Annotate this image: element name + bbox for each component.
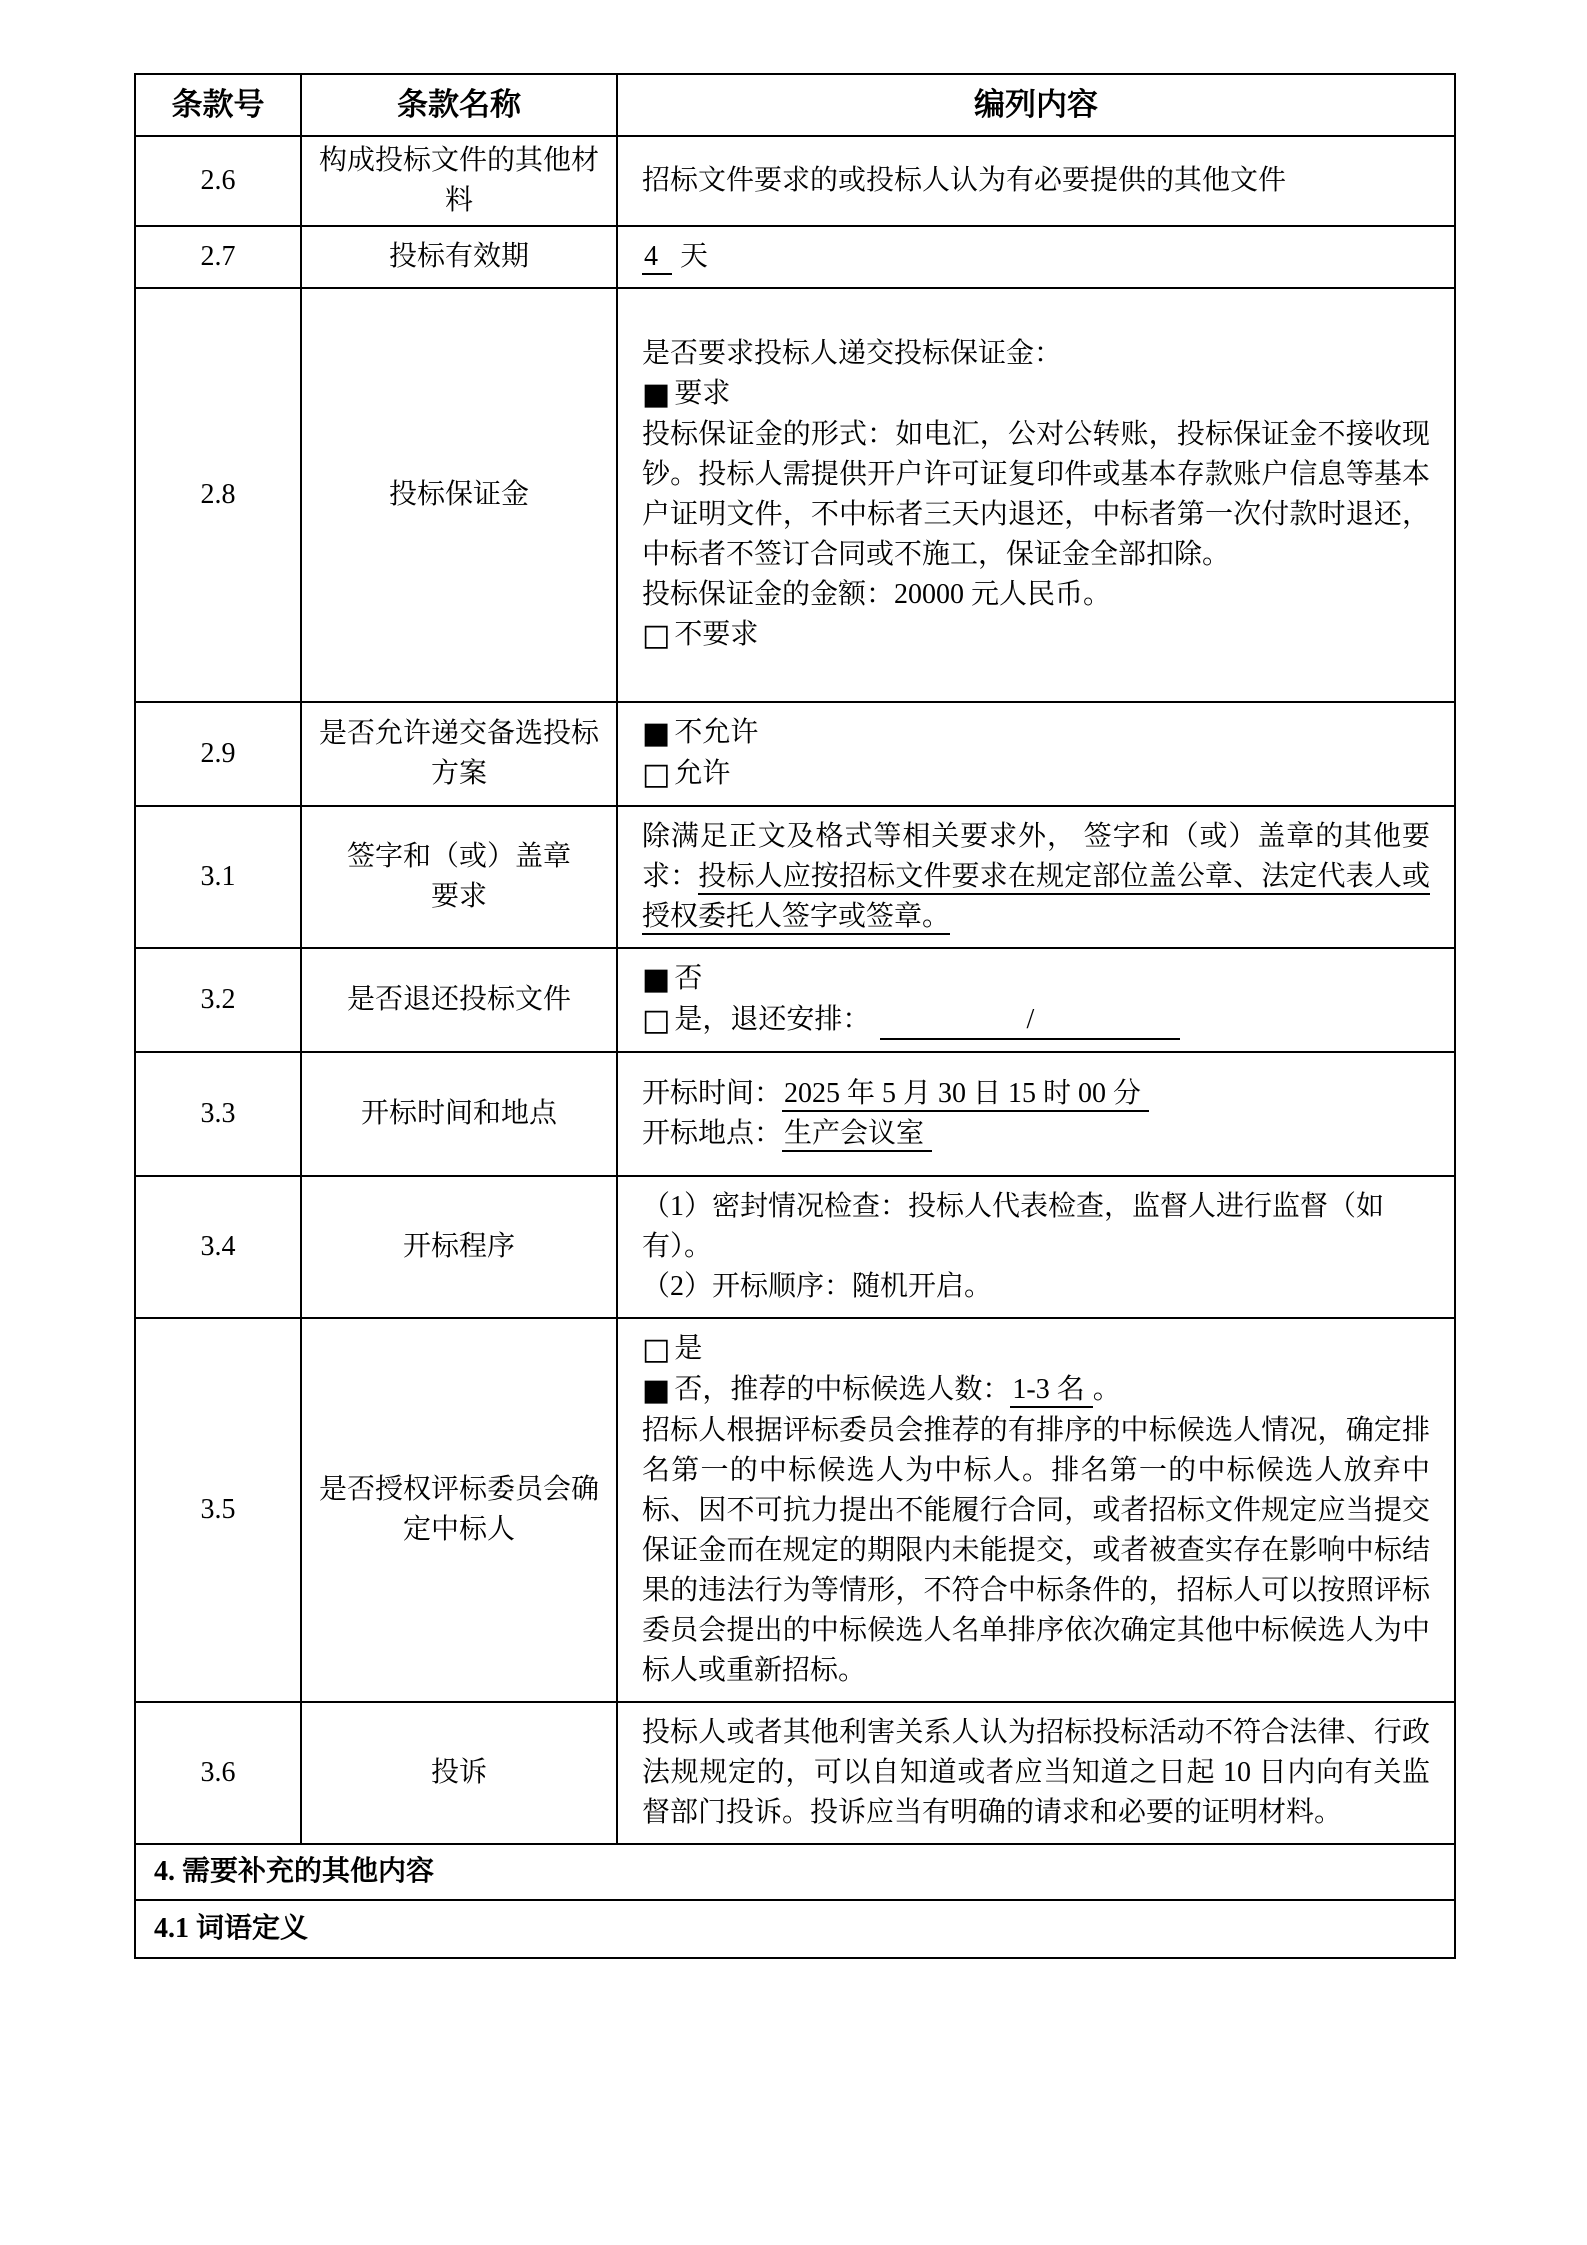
option-tail: 。 (1093, 1374, 1121, 1405)
opening-time-label: 开标时间： (642, 1078, 782, 1109)
clause-name: 投标保证金 (301, 288, 617, 702)
table-row-3-2: 3.2 是否退还投标文件 ■否 □是，退还安排：/ (135, 948, 1455, 1052)
clause-no: 3.3 (135, 1052, 301, 1176)
table-header-row: 条款号 条款名称 编列内容 (135, 74, 1455, 136)
deposit-amount: 投标保证金的金额：20000 元人民币。 (642, 575, 1430, 615)
candidate-count-value: 1-3 名 (1010, 1374, 1092, 1408)
clause-content: 招标文件要求的或投标人认为有必要提供的其他文件 (617, 136, 1455, 226)
option-label: 要求 (674, 378, 730, 409)
table-row-2-6: 2.6 构成投标文件的其他材料 招标文件要求的或投标人认为有必要提供的其他文件 (135, 136, 1455, 226)
checkbox-unchecked-icon: □ (642, 757, 670, 792)
option-no: ■否 (642, 959, 1430, 1000)
clause-name: 签字和（或）盖章 要求 (301, 806, 617, 948)
section-row-word-definitions: 4.1 词语定义 (135, 1900, 1455, 1958)
clause-no: 2.9 (135, 702, 301, 806)
clause-no: 2.8 (135, 288, 301, 702)
clause-name: 开标时间和地点 (301, 1052, 617, 1176)
clause-table: 条款号 条款名称 编列内容 2.6 构成投标文件的其他材料 招标文件要求的或投标… (134, 73, 1456, 1959)
option-label: 允许 (674, 758, 730, 789)
option-yes: □是，退还安排：/ (642, 1000, 1430, 1041)
checkbox-unchecked-icon: □ (642, 1332, 670, 1367)
clause-content: ■否 □是，退还安排：/ (617, 948, 1455, 1052)
clause-no: 3.5 (135, 1318, 301, 1702)
option-label: 是 (674, 1333, 702, 1364)
validity-days-unit: 天 (680, 241, 708, 272)
table-row-2-8: 2.8 投标保证金 是否要求投标人递交投标保证金： ■要求 投标保证金的形式：如… (135, 288, 1455, 702)
clause-no: 2.7 (135, 226, 301, 288)
checkbox-checked-icon: ■ (642, 962, 670, 997)
option-authorize-yes: □是 (642, 1329, 1430, 1370)
award-determination-rules: 招标人根据评标委员会推荐的有排序的中标候选人情况，确定排名第一的中标候选人为中标… (642, 1411, 1430, 1691)
checkbox-checked-icon: ■ (642, 1373, 670, 1408)
procedure-step-1: （1）密封情况检查：投标人代表检查，监督人进行监督（如有）。 (642, 1187, 1430, 1267)
checkbox-unchecked-icon: □ (642, 618, 670, 653)
opening-time-line: 开标时间：2025 年 5 月 30 日 15 时 00 分 (642, 1074, 1430, 1114)
content-text: 招标文件要求的或投标人认为有必要提供的其他文件 (642, 161, 1430, 201)
clause-name: 开标程序 (301, 1176, 617, 1318)
deposit-question: 是否要求投标人递交投标保证金： (642, 334, 1430, 374)
section-title-word-definitions: 4.1 词语定义 (135, 1900, 1455, 1958)
clause-name-line1: 签字和（或）盖章 (347, 841, 571, 872)
opening-place-label: 开标地点： (642, 1118, 782, 1149)
clause-content: 4天 (617, 226, 1455, 288)
option-label: 不允许 (674, 717, 758, 748)
checkbox-checked-icon: ■ (642, 716, 670, 751)
clause-content: 开标时间：2025 年 5 月 30 日 15 时 00 分 开标地点：生产会议… (617, 1052, 1455, 1176)
clause-no: 3.2 (135, 948, 301, 1052)
option-label: 是，退还安排： (674, 1004, 870, 1035)
section-title-supplementary: 4. 需要补充的其他内容 (135, 1844, 1455, 1900)
complaint-rules: 投标人或者其他利害关系人认为招标投标活动不符合法律、行政法规规定的，可以自知道或… (642, 1713, 1430, 1833)
header-content: 编列内容 (617, 74, 1455, 136)
table-row-3-5: 3.5 是否授权评标委员会确定中标人 □是 ■否，推荐的中标候选人数：1-3 名… (135, 1318, 1455, 1702)
clause-content: 投标人或者其他利害关系人认为招标投标活动不符合法律、行政法规规定的，可以自知道或… (617, 1702, 1455, 1844)
table-row-2-9: 2.9 是否允许递交备选投标方案 ■不允许 □允许 (135, 702, 1455, 806)
clause-no: 3.6 (135, 1702, 301, 1844)
header-clause-no: 条款号 (135, 74, 301, 136)
checkbox-unchecked-icon: □ (642, 1003, 670, 1038)
option-label: 不要求 (674, 619, 758, 650)
option-required: ■要求 (642, 374, 1430, 415)
clause-name: 构成投标文件的其他材料 (301, 136, 617, 226)
clause-content: □是 ■否，推荐的中标候选人数：1-3 名。 招标人根据评标委员会推荐的有排序的… (617, 1318, 1455, 1702)
checkbox-checked-icon: ■ (642, 377, 670, 412)
opening-place-line: 开标地点：生产会议室 (642, 1114, 1430, 1154)
clause-content: 除满足正文及格式等相关要求外， 签字和（或）盖章的其他要求：投标人应按招标文件要… (617, 806, 1455, 948)
deposit-terms: 投标保证金的形式：如电汇，公对公转账，投标保证金不接收现钞。投标人需提供开户许可… (642, 415, 1430, 575)
option-label: 否，推荐的中标候选人数： (674, 1374, 1010, 1405)
underlined-requirement: 投标人应按招标文件要求在规定部位盖公章、法定代表人或授权委托人签字或签章。 (642, 861, 1430, 935)
clause-no: 2.6 (135, 136, 301, 226)
option-label: 否 (674, 963, 702, 994)
clause-no: 3.1 (135, 806, 301, 948)
section-row-supplementary: 4. 需要补充的其他内容 (135, 1844, 1455, 1900)
clause-name-line2: 要求 (431, 881, 487, 912)
clause-name: 是否授权评标委员会确定中标人 (301, 1318, 617, 1702)
document-page: 条款号 条款名称 编列内容 2.6 构成投标文件的其他材料 招标文件要求的或投标… (0, 0, 1587, 2245)
procedure-step-2: （2）开标顺序：随机开启。 (642, 1267, 1430, 1307)
clause-name: 投诉 (301, 1702, 617, 1844)
clause-content: 是否要求投标人递交投标保证金： ■要求 投标保证金的形式：如电汇，公对公转账，投… (617, 288, 1455, 702)
clause-content: （1）密封情况检查：投标人代表检查，监督人进行监督（如有）。 （2）开标顺序：随… (617, 1176, 1455, 1318)
table-row-3-4: 3.4 开标程序 （1）密封情况检查：投标人代表检查，监督人进行监督（如有）。 … (135, 1176, 1455, 1318)
validity-line: 4天 (642, 237, 1430, 277)
option-not-required: □不要求 (642, 615, 1430, 656)
clause-name: 是否允许递交备选投标方案 (301, 702, 617, 806)
clause-content: ■不允许 □允许 (617, 702, 1455, 806)
table-row-3-1: 3.1 签字和（或）盖章 要求 除满足正文及格式等相关要求外， 签字和（或）盖章… (135, 806, 1455, 948)
clause-no: 3.4 (135, 1176, 301, 1318)
opening-place-value: 生产会议室 (782, 1118, 932, 1152)
table-row-3-3: 3.3 开标时间和地点 开标时间：2025 年 5 月 30 日 15 时 00… (135, 1052, 1455, 1176)
clause-name: 投标有效期 (301, 226, 617, 288)
opening-time-value: 2025 年 5 月 30 日 15 时 00 分 (782, 1078, 1149, 1112)
signature-requirement: 除满足正文及格式等相关要求外， 签字和（或）盖章的其他要求：投标人应按招标文件要… (642, 817, 1430, 937)
option-not-allowed: ■不允许 (642, 713, 1430, 754)
option-allowed: □允许 (642, 754, 1430, 795)
table-row-3-6: 3.6 投诉 投标人或者其他利害关系人认为招标投标活动不符合法律、行政法规规定的… (135, 1702, 1455, 1844)
option-authorize-no: ■否，推荐的中标候选人数：1-3 名。 (642, 1370, 1430, 1411)
table-row-2-7: 2.7 投标有效期 4天 (135, 226, 1455, 288)
clause-name: 是否退还投标文件 (301, 948, 617, 1052)
header-clause-name: 条款名称 (301, 74, 617, 136)
validity-days-value: 4 (642, 241, 672, 275)
fill-in-blank: / (880, 1002, 1180, 1040)
